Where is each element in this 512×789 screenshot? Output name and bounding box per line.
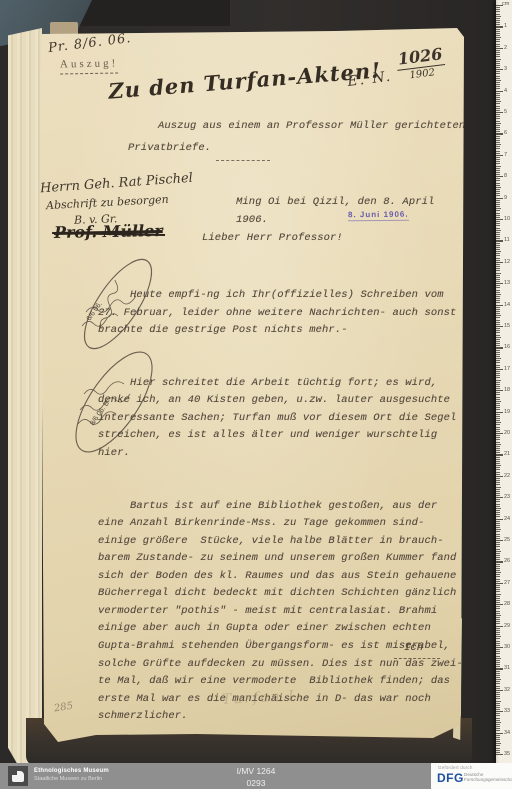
ruler-tick bbox=[496, 99, 500, 100]
ruler-tick bbox=[496, 80, 501, 81]
ruler-tick bbox=[496, 86, 500, 87]
ruler-number: 28 bbox=[504, 601, 510, 607]
ruler-tick bbox=[496, 529, 501, 530]
ruler-tick bbox=[496, 46, 500, 47]
ruler-tick bbox=[496, 50, 500, 51]
footer-bar: Ethnologisches Museum Staatliche Museen … bbox=[0, 763, 512, 789]
ruler-tick bbox=[496, 442, 500, 443]
ruler-tick bbox=[496, 101, 501, 102]
ruler-tick bbox=[496, 521, 500, 522]
ruler-tick bbox=[496, 636, 501, 637]
ruler-tick bbox=[496, 18, 500, 19]
ruler-tick bbox=[496, 189, 500, 190]
ruler-number: 29 bbox=[504, 623, 510, 629]
ruler-tick bbox=[496, 589, 500, 590]
ruler-tick bbox=[496, 95, 500, 96]
ruler-tick bbox=[496, 553, 500, 554]
ruler-tick bbox=[496, 170, 500, 171]
ruler-tick bbox=[496, 737, 500, 738]
ruler-tick bbox=[496, 516, 500, 517]
ruler-tick bbox=[496, 341, 500, 342]
ruler-tick bbox=[496, 730, 500, 731]
ruler-tick bbox=[496, 44, 500, 45]
ruler-tick bbox=[496, 352, 500, 353]
ruler-tick bbox=[496, 615, 501, 616]
heading-line-2: Privatbriefe. bbox=[128, 140, 211, 158]
ruler-tick bbox=[496, 480, 500, 481]
ruler-tick bbox=[496, 596, 500, 597]
ruler-number: 14 bbox=[504, 302, 510, 308]
ruler-tick bbox=[496, 487, 501, 488]
ruler-tick bbox=[496, 476, 503, 477]
ruler-tick bbox=[496, 698, 500, 699]
ruler-number: 15 bbox=[504, 323, 510, 329]
institution-parent: Staatliche Museen zu Berlin bbox=[34, 776, 109, 782]
ruler-tick bbox=[496, 572, 501, 573]
margin-note-2: Abschrift zu besorgen bbox=[46, 193, 169, 212]
ruler-tick bbox=[496, 459, 500, 460]
ruler-tick bbox=[496, 219, 503, 220]
ruler-tick bbox=[496, 172, 500, 173]
ruler-tick bbox=[496, 225, 500, 226]
ruler-tick bbox=[496, 283, 503, 284]
presentation-date-note: Pr. 8/6. 06. bbox=[47, 31, 132, 56]
ruler-tick bbox=[496, 446, 500, 447]
ruler-tick bbox=[496, 390, 503, 391]
ruler-tick bbox=[496, 564, 500, 565]
ruler-tick bbox=[496, 673, 500, 674]
ruler-tick bbox=[496, 675, 500, 676]
ruler-tick bbox=[496, 193, 500, 194]
ruler-tick bbox=[496, 739, 500, 740]
ruler-tick bbox=[496, 371, 500, 372]
ruler-tick bbox=[496, 409, 500, 410]
ruler-tick bbox=[496, 24, 500, 25]
ruler-tick bbox=[496, 416, 500, 417]
ruler-tick bbox=[496, 463, 500, 464]
ruler-tick bbox=[496, 461, 500, 462]
ruler-tick bbox=[496, 713, 500, 714]
ruler-tick bbox=[496, 133, 503, 134]
ruler-tick bbox=[496, 174, 500, 175]
ruler-number: 11 bbox=[504, 237, 510, 243]
ruler-tick bbox=[496, 566, 500, 567]
ruler-tick bbox=[496, 745, 500, 746]
ruler-tick bbox=[496, 598, 500, 599]
ruler-number: 1 bbox=[504, 23, 507, 29]
ruler-tick bbox=[496, 549, 500, 550]
document-page: Pr. 8/6. 06. Auszug! Zu den Turfan-Akten… bbox=[36, 24, 466, 742]
ruler-number: 27 bbox=[504, 580, 510, 586]
ruler-tick bbox=[496, 664, 500, 665]
ruler-tick bbox=[496, 735, 500, 736]
ruler-tick bbox=[496, 88, 500, 89]
ruler-tick bbox=[496, 9, 500, 10]
ruler-tick bbox=[496, 583, 503, 584]
institution-label: Ethnologisches Museum Staatliche Museen … bbox=[34, 768, 109, 782]
ruler-tick bbox=[496, 452, 500, 453]
ruler-tick bbox=[496, 123, 501, 124]
ruler-number: 25 bbox=[504, 537, 510, 543]
ruler-tick bbox=[496, 350, 500, 351]
ruler-tick bbox=[496, 386, 500, 387]
ruler-tick bbox=[496, 5, 503, 6]
entry-number-prefix: E. N. bbox=[346, 69, 393, 90]
ruler-tick bbox=[496, 506, 500, 507]
ruler-tick bbox=[496, 7, 500, 8]
ruler-tick bbox=[496, 345, 500, 346]
ruler-number: 4 bbox=[504, 88, 507, 94]
ruler-tick bbox=[496, 469, 500, 470]
ruler-tick bbox=[496, 653, 500, 654]
ruler-tick bbox=[496, 754, 503, 755]
heading-line-1: Auszug aus einem an Professor Müller ger… bbox=[158, 118, 465, 136]
ruler-tick bbox=[496, 651, 500, 652]
ruler-tick bbox=[496, 71, 500, 72]
ruler-tick bbox=[496, 623, 500, 624]
ruler-tick bbox=[496, 647, 503, 648]
ruler-tick bbox=[496, 285, 500, 286]
ruler-tick bbox=[496, 444, 501, 445]
ruler-tick bbox=[496, 315, 501, 316]
ruler-tick bbox=[496, 602, 500, 603]
ruler-tick bbox=[496, 26, 503, 27]
ruler-tick bbox=[496, 52, 500, 53]
ruler-tick bbox=[496, 142, 500, 143]
ruler-tick bbox=[496, 260, 500, 261]
ruler-tick bbox=[496, 431, 500, 432]
pencil-page-number: 285 bbox=[53, 701, 74, 715]
ruler-tick bbox=[496, 527, 500, 528]
ruler-tick bbox=[496, 510, 500, 511]
ruler-tick bbox=[496, 65, 500, 66]
ruler-tick bbox=[496, 266, 500, 267]
ruler-tick bbox=[496, 482, 500, 483]
ruler-tick bbox=[496, 121, 500, 122]
ruler-tick bbox=[496, 97, 500, 98]
ruler-tick bbox=[496, 136, 500, 137]
ruler-number: 23 bbox=[504, 494, 510, 500]
ruler-tick bbox=[496, 658, 501, 659]
ruler-tick bbox=[496, 41, 500, 42]
ruler-tick bbox=[496, 277, 500, 278]
ruler-tick bbox=[496, 360, 500, 361]
ruler-tick bbox=[496, 337, 501, 338]
ruler-tick bbox=[496, 125, 500, 126]
ruler-number: 6 bbox=[504, 130, 507, 136]
ruler-tick bbox=[496, 210, 500, 211]
ruler-tick bbox=[496, 401, 501, 402]
ruler-tick bbox=[496, 178, 500, 179]
ruler-tick bbox=[496, 692, 500, 693]
ruler-tick bbox=[496, 538, 500, 539]
ruler-tick bbox=[496, 16, 501, 17]
ruler-tick bbox=[496, 611, 500, 612]
ruler-tick bbox=[496, 380, 501, 381]
ruler-tick bbox=[496, 31, 500, 32]
ruler-tick bbox=[496, 354, 500, 355]
ruler-tick bbox=[496, 750, 500, 751]
ruler-tick bbox=[496, 491, 500, 492]
ruler-tick bbox=[496, 292, 500, 293]
ruler-tick bbox=[496, 255, 500, 256]
ruler-tick bbox=[496, 330, 500, 331]
ruler-tick bbox=[496, 467, 500, 468]
ruler-tick bbox=[496, 531, 500, 532]
ruler-tick bbox=[496, 394, 500, 395]
ruler-tick bbox=[496, 61, 500, 62]
ruler-tick bbox=[496, 187, 501, 188]
ruler-tick bbox=[496, 56, 500, 57]
ruler-tick bbox=[496, 741, 500, 742]
ruler-tick bbox=[496, 679, 501, 680]
ruler-tick bbox=[496, 311, 500, 312]
ruler-tick bbox=[496, 228, 500, 229]
ruler-tick bbox=[496, 69, 503, 70]
ruler-tick bbox=[496, 414, 500, 415]
ruler-tick bbox=[496, 180, 500, 181]
ruler-tick bbox=[496, 48, 503, 49]
ruler-tick bbox=[496, 251, 501, 252]
ruler-tick bbox=[496, 606, 500, 607]
ruler-tick bbox=[496, 296, 500, 297]
ruler-tick bbox=[496, 722, 501, 723]
ruler-tick bbox=[496, 501, 500, 502]
ruler-tick bbox=[496, 574, 500, 575]
file-note-handwritten: Zu den Turfan-Akten! bbox=[107, 57, 382, 103]
ruler-tick bbox=[496, 238, 500, 239]
ruler-tick bbox=[496, 412, 503, 413]
ruler-tick bbox=[496, 268, 500, 269]
ruler-tick bbox=[496, 641, 500, 642]
ruler-tick bbox=[496, 322, 500, 323]
ruler-tick bbox=[496, 78, 500, 79]
ruler-tick bbox=[496, 484, 500, 485]
ruler-tick bbox=[496, 715, 500, 716]
ruler-tick bbox=[496, 198, 503, 199]
ruler-tick bbox=[496, 309, 500, 310]
ruler-tick bbox=[496, 131, 500, 132]
ruler-tick bbox=[496, 54, 500, 55]
received-date-stamp: 8. Juni 1906. bbox=[348, 210, 409, 222]
ruler-tick bbox=[496, 405, 500, 406]
dfg-credit-box: Gefördert durch DFG Deutsche Forschungsg… bbox=[431, 763, 512, 789]
ruler-tick bbox=[496, 634, 500, 635]
ruler-tick bbox=[496, 643, 500, 644]
ruler-number: 9 bbox=[504, 195, 507, 201]
ruler-number: 33 bbox=[504, 708, 510, 714]
ruler: cm 1234567891011121314151617181920212223… bbox=[496, 0, 512, 763]
ruler-tick bbox=[496, 339, 500, 340]
ruler-tick bbox=[496, 707, 500, 708]
ruler-tick bbox=[496, 305, 503, 306]
ruler-tick bbox=[496, 382, 500, 383]
ruler-tick bbox=[496, 668, 503, 669]
ruler-tick bbox=[496, 264, 500, 265]
ruler-tick bbox=[496, 709, 500, 710]
shelfmark: I/MV 1264 0293 bbox=[156, 766, 356, 788]
ruler-tick bbox=[496, 540, 503, 541]
dashed-divider bbox=[216, 160, 270, 161]
ruler-tick bbox=[496, 343, 500, 344]
ruler-tick bbox=[496, 249, 500, 250]
ruler-tick bbox=[496, 298, 500, 299]
ruler-tick bbox=[496, 29, 500, 30]
ruler-number: 13 bbox=[504, 280, 510, 286]
ruler-tick bbox=[496, 579, 500, 580]
ruler-tick bbox=[496, 474, 500, 475]
ruler-tick bbox=[496, 369, 503, 370]
ruler-tick bbox=[496, 230, 501, 231]
ruler-tick bbox=[496, 726, 500, 727]
ruler-number: 10 bbox=[504, 216, 510, 222]
ruler-tick bbox=[496, 320, 500, 321]
ruler-tick bbox=[496, 422, 501, 423]
ruler-tick bbox=[496, 324, 500, 325]
ruler-number: 21 bbox=[504, 451, 510, 457]
ruler-tick bbox=[496, 514, 500, 515]
ruler-tick bbox=[496, 307, 500, 308]
ruler-tick bbox=[496, 388, 500, 389]
ruler-tick bbox=[496, 454, 503, 455]
ruler-tick bbox=[496, 600, 500, 601]
ruler-tick bbox=[496, 335, 500, 336]
ruler-tick bbox=[496, 512, 500, 513]
ruler-tick bbox=[496, 151, 500, 152]
ruler-number: 3 bbox=[504, 66, 507, 72]
ruler-tick bbox=[496, 93, 500, 94]
ruler-tick bbox=[496, 701, 501, 702]
ruler-number: 19 bbox=[504, 409, 510, 415]
ruler-number: 2 bbox=[504, 45, 507, 51]
ruler-tick bbox=[496, 497, 503, 498]
ruler-tick bbox=[496, 696, 500, 697]
ruler-tick bbox=[496, 245, 500, 246]
ruler-tick bbox=[496, 403, 500, 404]
ruler-tick bbox=[496, 711, 503, 712]
ruler-tick bbox=[496, 638, 500, 639]
ruler-tick bbox=[496, 146, 500, 147]
ruler-tick bbox=[496, 110, 500, 111]
ruler-tick bbox=[496, 243, 500, 244]
ruler-tick bbox=[496, 108, 500, 109]
ruler-tick bbox=[496, 347, 503, 348]
ruler-tick bbox=[496, 127, 500, 128]
ruler-tick bbox=[496, 138, 500, 139]
ruler-tick bbox=[496, 356, 500, 357]
ruler-number: 16 bbox=[504, 344, 510, 350]
ruler-number: 18 bbox=[504, 387, 510, 393]
ruler-tick bbox=[496, 628, 500, 629]
ruler-tick bbox=[496, 185, 500, 186]
ruler-tick bbox=[496, 202, 500, 203]
ruler-tick bbox=[496, 688, 500, 689]
ruler-tick bbox=[496, 82, 500, 83]
ruler-tick bbox=[496, 313, 500, 314]
ruler-number: 20 bbox=[504, 430, 510, 436]
ruler-tick bbox=[496, 302, 500, 303]
ruler-tick bbox=[496, 504, 500, 505]
ruler-tick bbox=[496, 472, 500, 473]
stacked-page-edges bbox=[8, 28, 42, 770]
ruler-tick bbox=[496, 20, 500, 21]
ruler-tick bbox=[496, 176, 503, 177]
ruler-tick bbox=[496, 129, 500, 130]
ruler-number: 26 bbox=[504, 558, 510, 564]
ruler-tick bbox=[496, 35, 500, 36]
dfg-logo-icon: DFG bbox=[437, 771, 464, 785]
entry-number-block: E. N.10261902 bbox=[344, 44, 447, 90]
ruler-tick bbox=[496, 183, 500, 184]
ruler-tick bbox=[496, 373, 500, 374]
ruler-tick bbox=[496, 399, 500, 400]
ruler-tick bbox=[496, 649, 500, 650]
ruler-tick bbox=[496, 262, 503, 263]
ruler-tick bbox=[496, 215, 500, 216]
ruler-tick bbox=[496, 724, 500, 725]
ruler-tick bbox=[496, 247, 500, 248]
ruler-number: 7 bbox=[504, 152, 507, 158]
ruler-tick bbox=[496, 11, 500, 12]
ruler-tick bbox=[496, 544, 500, 545]
ruler-number: 30 bbox=[504, 644, 510, 650]
ruler-tick bbox=[496, 581, 500, 582]
ruler-tick bbox=[496, 140, 500, 141]
ruler-tick bbox=[496, 103, 500, 104]
ruler-tick bbox=[496, 632, 500, 633]
ruler-tick bbox=[496, 519, 503, 520]
crossed-out-name: Prof. Müller bbox=[54, 221, 163, 242]
ruler-tick bbox=[496, 397, 500, 398]
ruler-tick bbox=[496, 619, 500, 620]
ruler-tick bbox=[496, 375, 500, 376]
ruler-tick bbox=[496, 420, 500, 421]
ruler-tick bbox=[496, 332, 500, 333]
ruler-tick bbox=[496, 294, 501, 295]
circled-margin-annotations: 6/6 06. 8/6 06. B bbox=[66, 242, 186, 482]
ruler-tick bbox=[496, 551, 501, 552]
ruler-tick bbox=[496, 587, 500, 588]
institution-name: Ethnologisches Museum bbox=[34, 768, 109, 774]
ruler-tick bbox=[496, 435, 500, 436]
ruler-tick bbox=[496, 273, 501, 274]
ruler-tick bbox=[496, 161, 500, 162]
ruler-tick bbox=[496, 429, 500, 430]
ruler-tick bbox=[496, 576, 500, 577]
ruler-tick bbox=[496, 377, 500, 378]
dfg-full-name: Deutsche Forschungsgemeinschaft bbox=[464, 772, 512, 783]
ruler-tick bbox=[496, 542, 500, 543]
ruler-tick bbox=[496, 326, 503, 327]
ruler-tick bbox=[496, 555, 500, 556]
ruler-tick bbox=[496, 630, 500, 631]
ruler-tick bbox=[496, 662, 500, 663]
ruler-number: 24 bbox=[504, 516, 510, 522]
ruler-tick bbox=[496, 439, 500, 440]
ruler-tick bbox=[496, 660, 500, 661]
ruler-tick bbox=[496, 279, 500, 280]
ruler-tick bbox=[496, 84, 500, 85]
salutation: Lieber Herr Professor! bbox=[202, 230, 343, 248]
ruler-tick bbox=[496, 427, 500, 428]
ruler-tick bbox=[496, 148, 500, 149]
margin-recipient-note: Herrn Geh. Rat Pischel bbox=[40, 171, 194, 197]
signoff: Ich bbox=[404, 640, 423, 658]
ruler-tick bbox=[496, 270, 500, 271]
ruler-tick bbox=[496, 168, 500, 169]
ruler-tick bbox=[496, 217, 500, 218]
ruler-tick bbox=[496, 153, 500, 154]
